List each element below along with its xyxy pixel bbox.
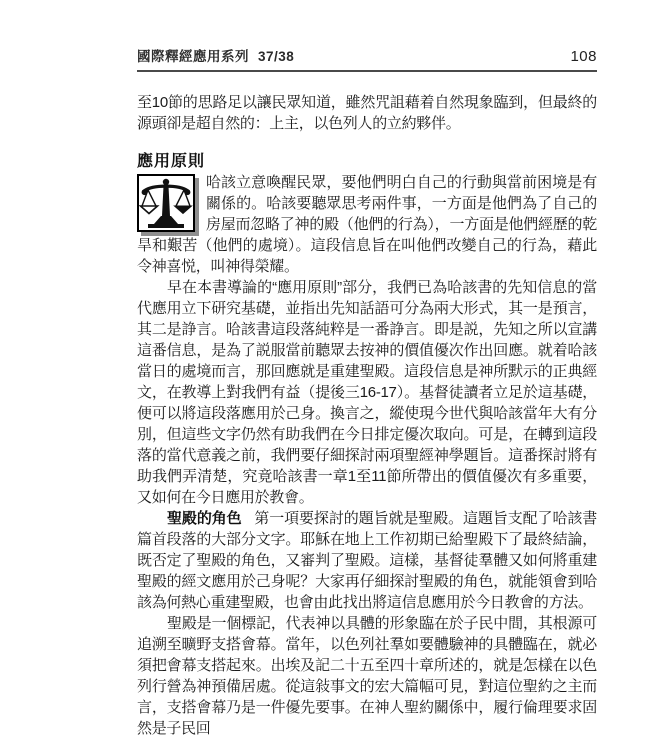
page-number: 108 xyxy=(570,48,597,65)
application-lead-text: 哈該立意喚醒民眾，要他們明白自己的行動與當前困境是有關係的。哈該要聽眾思考兩件事… xyxy=(137,174,597,275)
application-lead-paragraph: 哈該立意喚醒民眾，要他們明白自己的行動與當前困境是有關係的。哈該要聽眾思考兩件事… xyxy=(137,172,597,277)
section-heading-application-principles: 應用原則 xyxy=(137,151,597,172)
scales-of-justice-icon xyxy=(137,174,195,232)
series-number: 37/38 xyxy=(258,49,294,64)
temple-role-run-in-heading: 聖殿的角色 xyxy=(167,510,242,527)
book-page: 國際釋經應用系列 37/38 108 至10節的思路足以讓民眾知道，雖然咒詛藉着… xyxy=(0,0,650,750)
series-title: 國際釋經應用系列 xyxy=(137,45,249,65)
header-rule xyxy=(137,70,597,72)
temple-role-paragraph: 聖殿的角色第一項要探討的題旨就是聖殿。這題旨支配了哈該書篇首段落的大部分文字。耶… xyxy=(137,508,597,613)
temple-symbol-paragraph: 聖殿是一個標記，代表神以具體的形象臨在於子民中間，其根源可追溯至曠野支搭會幕。當… xyxy=(137,613,597,739)
application-discussion-paragraph: 早在本書導論的“應用原則”部分，我們已為哈該書的先知信息的當代應用立下研究基礎，… xyxy=(137,277,597,508)
page-column: 國際釋經應用系列 37/38 108 至10節的思路足以讓民眾知道，雖然咒詛藉着… xyxy=(137,45,597,739)
page-body: 至10節的思路足以讓民眾知道，雖然咒詛藉着自然現象臨到，但最終的源頭卻是超自然的… xyxy=(137,92,597,739)
page-header: 國際釋經應用系列 37/38 108 xyxy=(137,45,597,65)
intro-paragraph: 至10節的思路足以讓民眾知道，雖然咒詛藉着自然現象臨到，但最終的源頭卻是超自然的… xyxy=(137,92,597,134)
